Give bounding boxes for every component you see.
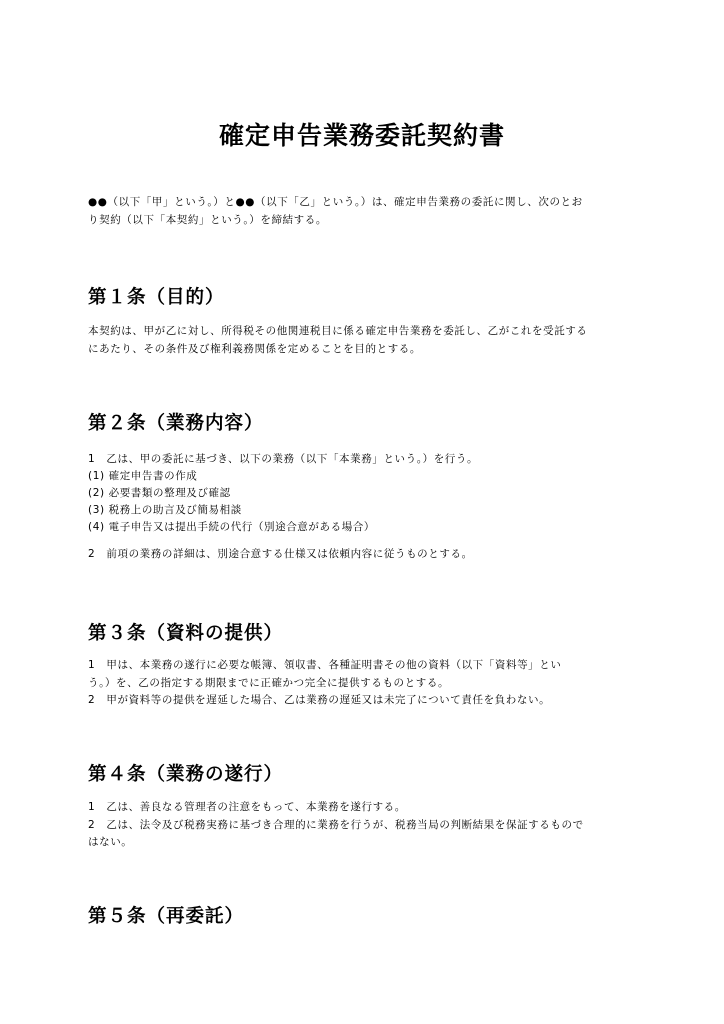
article-4-heading: 第４条（業務の遂行） bbox=[88, 762, 283, 788]
body-line: 2 前項の業務の詳細は、別途合意する仕様又は依頼内容に従うものとする。 bbox=[88, 546, 638, 564]
body-line: はない。 bbox=[88, 834, 638, 852]
body-line: 1 甲は、本業務の遂行に必要な帳簿、領収書、各種証明書その他の資料（以下「資料等… bbox=[88, 657, 638, 675]
list-item: (2) 必要書類の整理及び確認 bbox=[88, 485, 638, 502]
list-item: (1) 確定申告書の作成 bbox=[88, 468, 638, 485]
body-line: う。）を、乙の指定する期限までに正確かつ完全に提供するものとする。 bbox=[88, 675, 638, 693]
body-line: 1 乙は、善良なる管理者の注意をもって、本業務を遂行する。 bbox=[88, 799, 638, 817]
body-line: にあたり、その条件及び権利義務関係を定めることを目的とする。 bbox=[88, 341, 638, 359]
article-3-body: 1 甲は、本業務の遂行に必要な帳簿、領収書、各種証明書その他の資料（以下「資料等… bbox=[88, 657, 638, 710]
article-5-heading: 第５条（再委託） bbox=[88, 904, 244, 930]
article-1-body: 本契約は、甲が乙に対し、所得税その他関連税目に係る確定申告業務を委託し、乙がこれ… bbox=[88, 323, 638, 358]
intro-line: り契約（以下「本契約」という。）を締結する。 bbox=[88, 212, 638, 230]
body-line: 1 乙は、甲の委託に基づき、以下の業務（以下「本業務」という。）を行う。 bbox=[88, 451, 638, 468]
list-item: (4) 電子申告又は提出手続の代行（別途合意がある場合） bbox=[88, 519, 638, 536]
body-line: 2 甲が資料等の提供を遅延した場合、乙は業務の遅延又は未完了について責任を負わな… bbox=[88, 692, 638, 710]
article-2-body: 1 乙は、甲の委託に基づき、以下の業務（以下「本業務」という。）を行う。 (1)… bbox=[88, 451, 638, 536]
list-item: (3) 税務上の助言及び簡易相談 bbox=[88, 502, 638, 519]
body-line: 本契約は、甲が乙に対し、所得税その他関連税目に係る確定申告業務を委託し、乙がこれ… bbox=[88, 323, 638, 341]
intro-paragraph: ●●（以下「甲」という。）と●●（以下「乙」という。）は、確定申告業務の委託に関… bbox=[88, 194, 638, 229]
document-page: 確定申告業務委託契約書 ●●（以下「甲」という。）と●●（以下「乙」という。）は… bbox=[0, 0, 724, 1024]
article-1-heading: 第１条（目的） bbox=[88, 285, 225, 311]
article-2-heading: 第２条（業務内容） bbox=[88, 411, 264, 437]
body-line: 2 乙は、法令及び税務実務に基づき合理的に業務を行うが、税務当局の判断結果を保証… bbox=[88, 817, 638, 835]
article-4-body: 1 乙は、善良なる管理者の注意をもって、本業務を遂行する。 2 乙は、法令及び税… bbox=[88, 799, 638, 852]
article-3-heading: 第３条（資料の提供） bbox=[88, 621, 283, 647]
article-2-body-2: 2 前項の業務の詳細は、別途合意する仕様又は依頼内容に従うものとする。 bbox=[88, 546, 638, 564]
intro-line: ●●（以下「甲」という。）と●●（以下「乙」という。）は、確定申告業務の委託に関… bbox=[88, 194, 638, 212]
document-title: 確定申告業務委託契約書 bbox=[0, 118, 724, 154]
